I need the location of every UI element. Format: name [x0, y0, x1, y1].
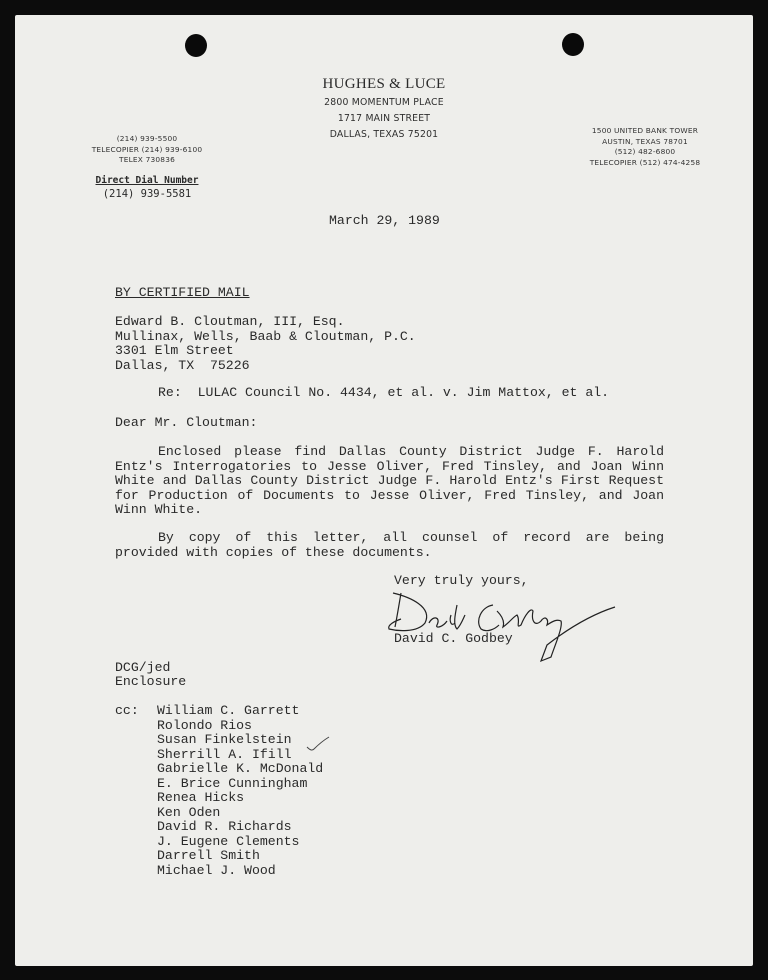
letter-date: March 29, 1989	[329, 214, 440, 229]
recipient-street: 3301 Elm Street	[115, 344, 416, 359]
cc-label: cc:	[115, 704, 139, 719]
cc-item: William C. Garrett	[157, 704, 323, 719]
cc-item: Rolondo Rios	[157, 719, 323, 734]
cc-item: Darrell Smith	[157, 849, 323, 864]
direct-dial-number: (214) 939-5581	[72, 188, 222, 200]
cc-item: J. Eugene Clements	[157, 835, 323, 850]
cc-item: Gabrielle K. McDonald	[157, 762, 323, 777]
recipient-name: Edward B. Cloutman, III, Esq.	[115, 315, 416, 330]
recipient-firm: Mullinax, Wells, Baab & Cloutman, P.C.	[115, 330, 416, 345]
dallas-phone: (214) 939-5500	[72, 134, 222, 145]
delivery-method: BY CERTIFIED MAIL	[115, 286, 250, 301]
dallas-telecopier: TELECOPIER (214) 939-6100	[72, 145, 222, 156]
dallas-telex: TELEX 730836	[72, 155, 222, 166]
cc-item: E. Brice Cunningham	[157, 777, 323, 792]
body-paragraph-2: By copy of this letter, all counsel of r…	[115, 531, 664, 560]
direct-dial-label: Direct Dial Number	[72, 175, 222, 186]
austin-telecopier: TELECOPIER (512) 474-4258	[560, 158, 730, 169]
handwritten-signature	[385, 585, 620, 665]
dallas-contact-block: (214) 939-5500 TELECOPIER (214) 939-6100…	[72, 134, 222, 166]
punch-hole-left	[185, 34, 207, 57]
punch-hole-right	[562, 33, 584, 56]
austin-address-line-1: 1500 UNITED BANK TOWER	[560, 126, 730, 137]
salutation: Dear Mr. Cloutman:	[115, 416, 257, 431]
body-paragraph-1: Enclosed please find Dallas County Distr…	[115, 445, 664, 518]
signer-name: David C. Godbey	[394, 632, 513, 647]
cc-item: Susan Finkelstein	[157, 733, 323, 748]
enclosure-note: Enclosure	[115, 675, 186, 690]
direct-dial-block: Direct Dial Number (214) 939-5581	[72, 175, 222, 200]
checkmark-icon	[305, 735, 331, 753]
cc-item: David R. Richards	[157, 820, 323, 835]
austin-phone: (512) 482-6800	[560, 147, 730, 158]
cc-list: William C. Garrett Rolondo Rios Susan Fi…	[157, 704, 323, 878]
cc-item: Ken Oden	[157, 806, 323, 821]
cc-item: Michael J. Wood	[157, 864, 323, 879]
firm-name: HUGHES & LUCE	[0, 76, 768, 93]
recipient-city: Dallas, TX 75226	[115, 359, 416, 374]
recipient-address: Edward B. Cloutman, III, Esq. Mullinax, …	[115, 315, 416, 373]
cc-item: Sherrill A. Ifill	[157, 748, 323, 763]
austin-office-block: 1500 UNITED BANK TOWER AUSTIN, TEXAS 787…	[560, 126, 730, 168]
cc-item: Renea Hicks	[157, 791, 323, 806]
austin-address-line-2: AUSTIN, TEXAS 78701	[560, 137, 730, 148]
dallas-address-line-1: 2800 MOMENTUM PLACE	[0, 97, 768, 108]
body-paragraph-1-text: Enclosed please find Dallas County Distr…	[115, 444, 664, 517]
dallas-address-line-2: 1717 MAIN STREET	[0, 113, 768, 124]
re-line: Re: LULAC Council No. 4434, et al. v. Ji…	[158, 386, 609, 401]
body-paragraph-2-text: By copy of this letter, all counsel of r…	[115, 530, 664, 560]
